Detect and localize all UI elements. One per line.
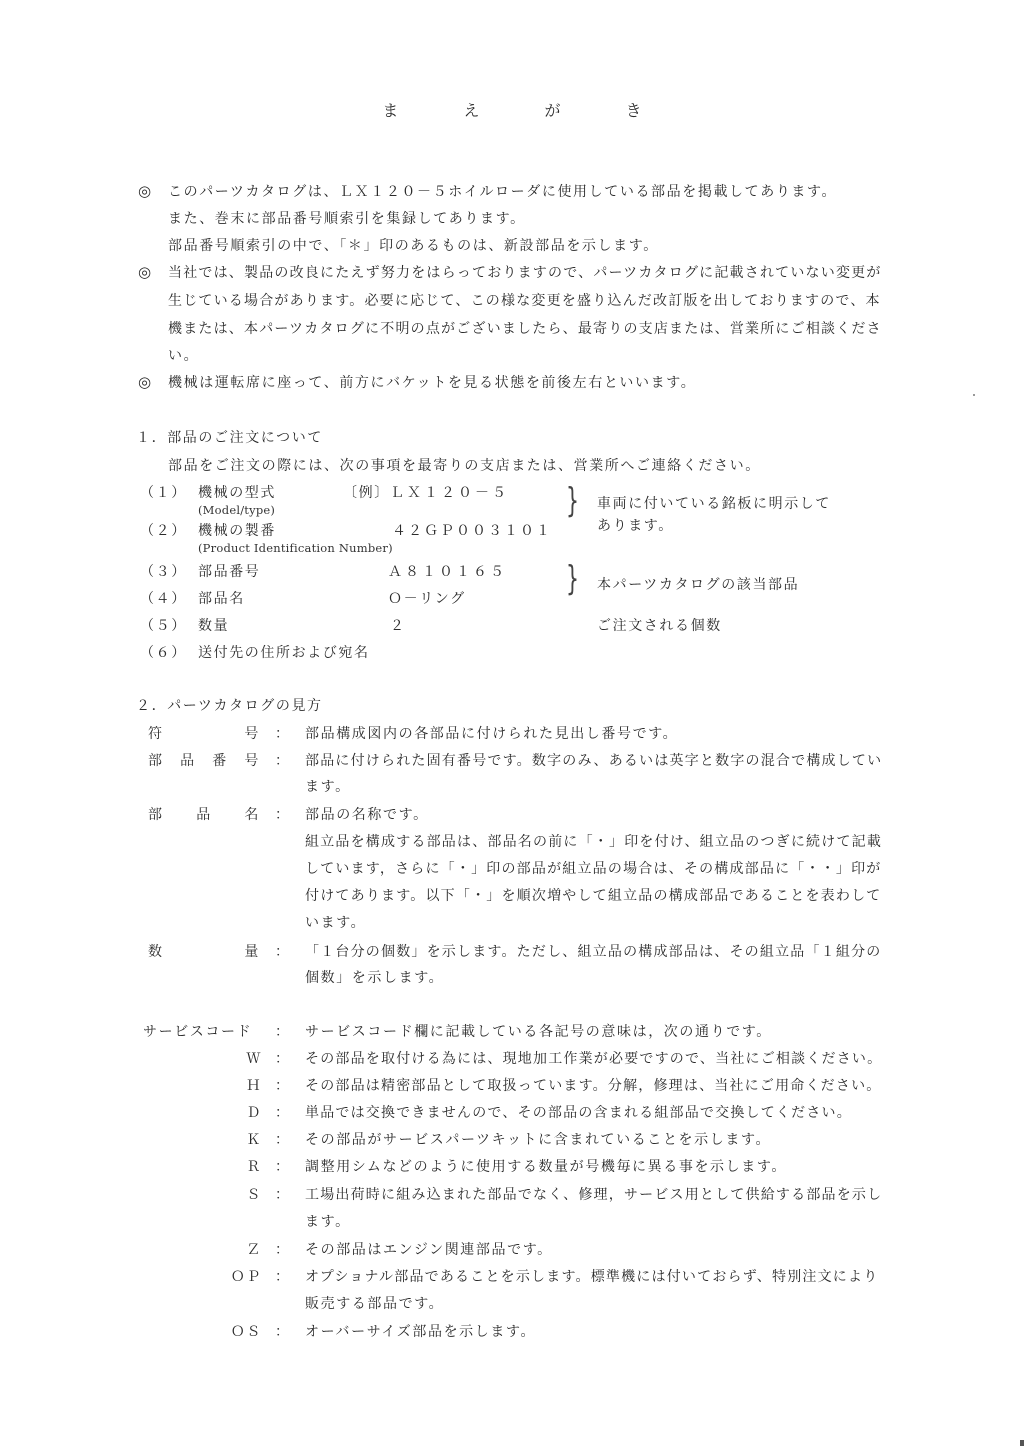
item-value: Ｏ－リング — [388, 589, 466, 609]
item-number: （５） — [140, 616, 187, 636]
example-tag: 〔例〕 — [343, 483, 390, 503]
code-description: 工場出荷時に組み込まれた部品でなく、修理，サービス用として供給する部品を示し — [305, 1185, 882, 1205]
colon: ： — [275, 1130, 287, 1150]
preface-line: また、巻末に部品番号順索引を集録してあります。 — [168, 209, 526, 229]
code-description: その部品がサービスパーツキットに含まれていることを示します。 — [305, 1130, 771, 1150]
item-label: 部品番号 — [198, 562, 260, 582]
entry-label: 符 号 — [148, 724, 260, 744]
item-number: （４） — [140, 589, 187, 609]
code-description: その部品を取付ける為には、現地加工作業が必要ですので、当社にご相談ください。 — [305, 1049, 882, 1069]
item-label: 機械の製番 — [198, 521, 276, 541]
code-description: 調整用シムなどのように使用する数量が号機毎に異る事を示します。 — [305, 1157, 787, 1177]
entry-text: 部品構成図内の各部品に付けられた見出し番号です。 — [305, 724, 678, 744]
colon: ： — [275, 1022, 287, 1042]
colon: ： — [275, 1157, 287, 1177]
bullet-mark: ◎ — [138, 373, 151, 391]
colon: ： — [275, 1267, 287, 1287]
scan-speck — [973, 394, 975, 396]
code-description: 販売する部品です。 — [305, 1294, 444, 1314]
code-description: オプショナル部品であることを示します。標準機には付いておらず、特別注文により — [305, 1267, 878, 1287]
code-description: その部品はエンジン関連部品です。 — [305, 1240, 553, 1260]
colon: ： — [275, 1322, 287, 1342]
preface-line: 部品番号順索引の中で、「＊」印のあるものは、新設部品を示します。 — [168, 236, 659, 256]
colon: ： — [275, 1103, 287, 1123]
code-letter: Ｗ — [200, 1049, 262, 1069]
service-code-intro: サービスコード欄に記載している各記号の意味は，次の通りです。 — [305, 1022, 772, 1042]
preface-line: い。 — [168, 346, 199, 366]
brace-icon: } — [566, 484, 579, 518]
order-qty-note: ご注文される個数 — [597, 616, 722, 636]
colon: ： — [275, 1049, 287, 1069]
item-number: （１） — [140, 483, 187, 503]
preface-line: 当社では、製品の改良にたえず努力をはらっておりますので、パーツカタログに記載され… — [168, 263, 882, 283]
item-label: 部品名 — [198, 589, 245, 609]
entry-text: 部品に付けられた固有番号です。数字のみ、あるいは英字と数字の混合で構成してい — [305, 751, 882, 771]
item-number: （３） — [140, 562, 187, 582]
preface-line: 機または、本パーツカタログに不明の点がございましたら、最寄りの支店または、営業所… — [168, 319, 882, 339]
item-value: ＬＸ１２０－５ — [390, 483, 509, 503]
colon: ： — [275, 942, 287, 962]
item-label: 数量 — [198, 616, 229, 636]
colon: ： — [275, 1076, 287, 1096]
colon: ： — [275, 751, 287, 771]
section-heading: １．部品のご注文について — [136, 428, 323, 448]
preface-line: このパーツカタログは、ＬＸ１２０－５ホイルローダに使用している部品を掲載してあり… — [168, 182, 837, 202]
entry-text: 付けてあります。以下「・」を順次増やして組立品の構成部品であることを表わして — [305, 886, 881, 906]
entry-text: 「１台分の個数」を示します。ただし、組立品の構成部品は、その組立品「１組分の — [305, 942, 881, 962]
entry-label: 部 品 番 号 — [148, 751, 260, 771]
section-heading: ２．パーツカタログの見方 — [136, 696, 323, 716]
section-intro: 部品をご注文の際には、次の事項を最寄りの支店または、営業所へご連絡ください。 — [168, 456, 761, 476]
item-number: （６） — [140, 643, 187, 663]
colon: ： — [275, 1240, 287, 1260]
code-description: その部品は精密部品として取扱っています。分解，修理は、当社にご用命ください。 — [305, 1076, 881, 1096]
item-value: ４２ＧＰ００３１０１ — [392, 521, 552, 541]
preface-line: 機械は運転席に座って、前方にバケットを見る状態を前後左右といいます。 — [168, 373, 696, 393]
entry-text: います。 — [305, 913, 366, 933]
code-description: ます。 — [305, 1212, 351, 1232]
code-letter: Ｓ — [200, 1185, 262, 1205]
preface-line: 生じている場合があります。必要に応じて、この様な変更を盛り込んだ改訂版を出してお… — [168, 291, 881, 311]
entry-text: 個数」を示します。 — [305, 968, 444, 988]
nameplate-note: あります。 — [597, 516, 674, 536]
catalog-part-note: 本パーツカタログの該当部品 — [597, 575, 799, 595]
code-description: 単品では交換できませんので、その部品の含まれる組部品で交換してください。 — [305, 1103, 852, 1123]
entry-label: 数 量 — [148, 942, 260, 962]
colon: ： — [275, 805, 287, 825]
entry-text: 組立品を構成する部品は、部品名の前に「・」印を付け、組立品のつぎに続けて記載 — [305, 832, 882, 852]
entry-text: ます。 — [305, 777, 351, 797]
item-label: 機械の型式 — [198, 483, 276, 503]
item-value: Ａ８１０１６５ — [388, 562, 507, 582]
code-letter: ＯＰ — [200, 1267, 262, 1287]
brace-icon: } — [566, 562, 579, 596]
bullet-mark: ◎ — [138, 263, 151, 281]
code-letter: Ｒ — [200, 1157, 262, 1177]
service-code-label: サービスコード — [143, 1022, 252, 1042]
nameplate-note: 車両に付いている銘板に明示して — [597, 494, 831, 514]
item-label: 送付先の住所および宛名 — [198, 643, 370, 663]
code-letter: Ｈ — [200, 1076, 262, 1096]
code-letter: Ｋ — [200, 1130, 262, 1150]
code-letter: Ｚ — [200, 1240, 262, 1260]
code-letter: ＯＳ — [200, 1322, 262, 1342]
page-title: ま え が き — [0, 98, 1024, 121]
entry-label: 部 品 名 — [148, 805, 260, 825]
colon: ： — [275, 724, 287, 744]
colon: ： — [275, 1185, 287, 1205]
entry-text: 部品の名称です。 — [305, 805, 429, 825]
item-number: （２） — [140, 521, 187, 541]
item-value: ２ — [390, 616, 406, 636]
item-sublabel: (Product Identification Number) — [198, 541, 393, 555]
code-description: オーバーサイズ部品を示します。 — [305, 1322, 536, 1342]
item-sublabel: (Model/type) — [198, 503, 275, 517]
entry-text: しています，さらに「・」印の部品が組立品の場合は、その構成部品に「・・」印が — [305, 859, 881, 879]
bullet-mark: ◎ — [138, 182, 151, 200]
code-letter: Ｄ — [200, 1103, 262, 1123]
scan-edge-mark — [1020, 1440, 1024, 1446]
